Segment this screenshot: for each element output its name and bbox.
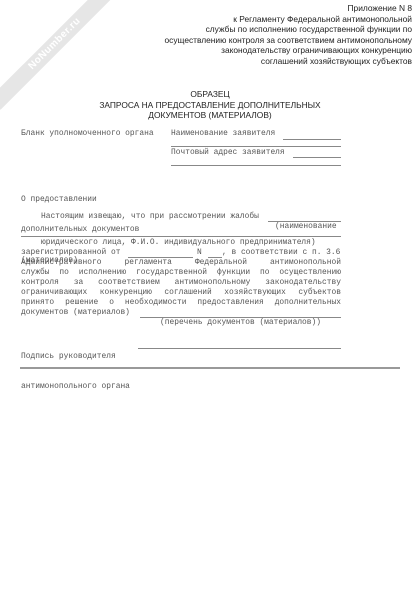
applicant-address-field[interactable] [293,157,341,158]
title-line: ЗАПРОСА НА ПРЕДОСТАВЛЕНИЕ ДОПОЛНИТЕЛЬНЫХ [0,100,420,111]
docs-hint: (перечень документов (материалов)) [160,318,321,328]
page-separator [20,367,400,369]
number-label: N [197,248,202,258]
blank-label: Бланк уполномоченного органа [21,129,154,139]
subject-line: дополнительных документов [21,225,139,235]
docs-label: документов (материалов) [21,308,130,318]
signature-line: антимонопольного органа [21,382,130,392]
title-line: ДОКУМЕНТОВ (МАТЕРИАЛОВ) [0,110,420,121]
registered-from-label: зарегистрированной от [21,248,120,258]
body-line: контроля за соответствием антимонопольно… [21,278,341,288]
entity-hint: юридического лица, Ф.И.О. индивидуальног… [41,238,316,248]
applicant-address-label: Почтовый адрес заявителя [171,148,285,158]
appendix-line: к Регламенту Федеральной антимонопольной [165,14,413,25]
signature-field[interactable] [138,348,341,349]
applicant-name-field[interactable] [283,139,341,140]
body-line: Административного регламента Федеральной… [21,258,341,268]
according-text: , в соответствии с п. 3.6 [222,248,340,258]
signature-line: Подпись руководителя [21,352,130,362]
applicant-address-field-line2[interactable] [171,165,341,166]
appendix-header: Приложение N 8 к Регламенту Федеральной … [165,3,413,67]
applicant-name-field-line2[interactable] [171,146,341,147]
name-hint: (наименование [275,222,337,232]
body-line: службы по исполнению государственной фун… [21,268,341,278]
appendix-line: осуществлению контроля за соответствием … [165,35,413,46]
body-line: ограничивающих конкуренцию соглашений хо… [21,288,341,298]
applicant-name-label: Наименование заявителя [171,129,275,139]
appendix-line: Приложение N 8 [165,3,413,14]
body-paragraph: Административного регламента Федеральной… [21,258,341,308]
appendix-line: соглашений хозяйствующих субъектов [165,56,413,67]
document-title: ОБРАЗЕЦ ЗАПРОСА НА ПРЕДОСТАВЛЕНИЕ ДОПОЛН… [0,89,420,121]
appendix-line: службы по исполнению государственной фун… [165,24,413,35]
entity-name-field[interactable] [21,236,341,237]
title-line: ОБРАЗЕЦ [0,89,420,100]
appendix-line: законодательству ограничивающих конкурен… [165,45,413,56]
subject-line: О предоставлении [21,195,139,205]
body-line: принято решение о необходимости предоста… [21,298,341,308]
intro-text: Настоящим извещаю, что при рассмотрении … [41,212,259,222]
